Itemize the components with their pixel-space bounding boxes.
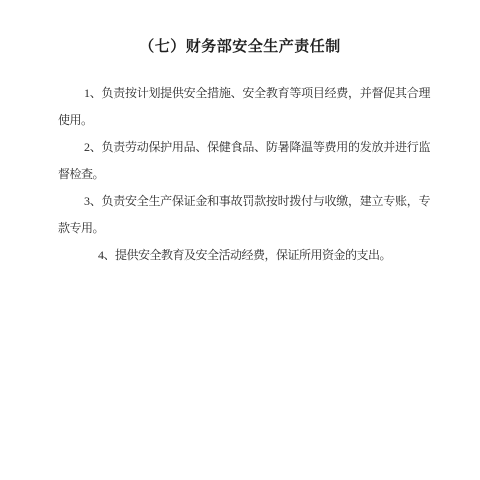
document-body: 1、负责按计划提供安全措施、安全教育等项目经费，并督促其合理使用。 2、负责劳动… [58,80,430,269]
paragraph-3: 3、负责安全生产保证金和事故罚款按时拨付与收缴，建立专账，专款专用。 [58,188,430,242]
paragraph-1: 1、负责按计划提供安全措施、安全教育等项目经费，并督促其合理使用。 [58,80,430,134]
paragraph-4: 4、提供安全教育及安全活动经费，保证所用资金的支出。 [58,242,430,269]
document-title: （七）财务部安全生产责任制 [0,37,480,56]
paragraph-2: 2、负责劳动保护用品、保健食品、防暑降温等费用的发放并进行监督检查。 [58,134,430,188]
document-page: （七）财务部安全生产责任制 1、负责按计划提供安全措施、安全教育等项目经费，并督… [0,0,480,480]
